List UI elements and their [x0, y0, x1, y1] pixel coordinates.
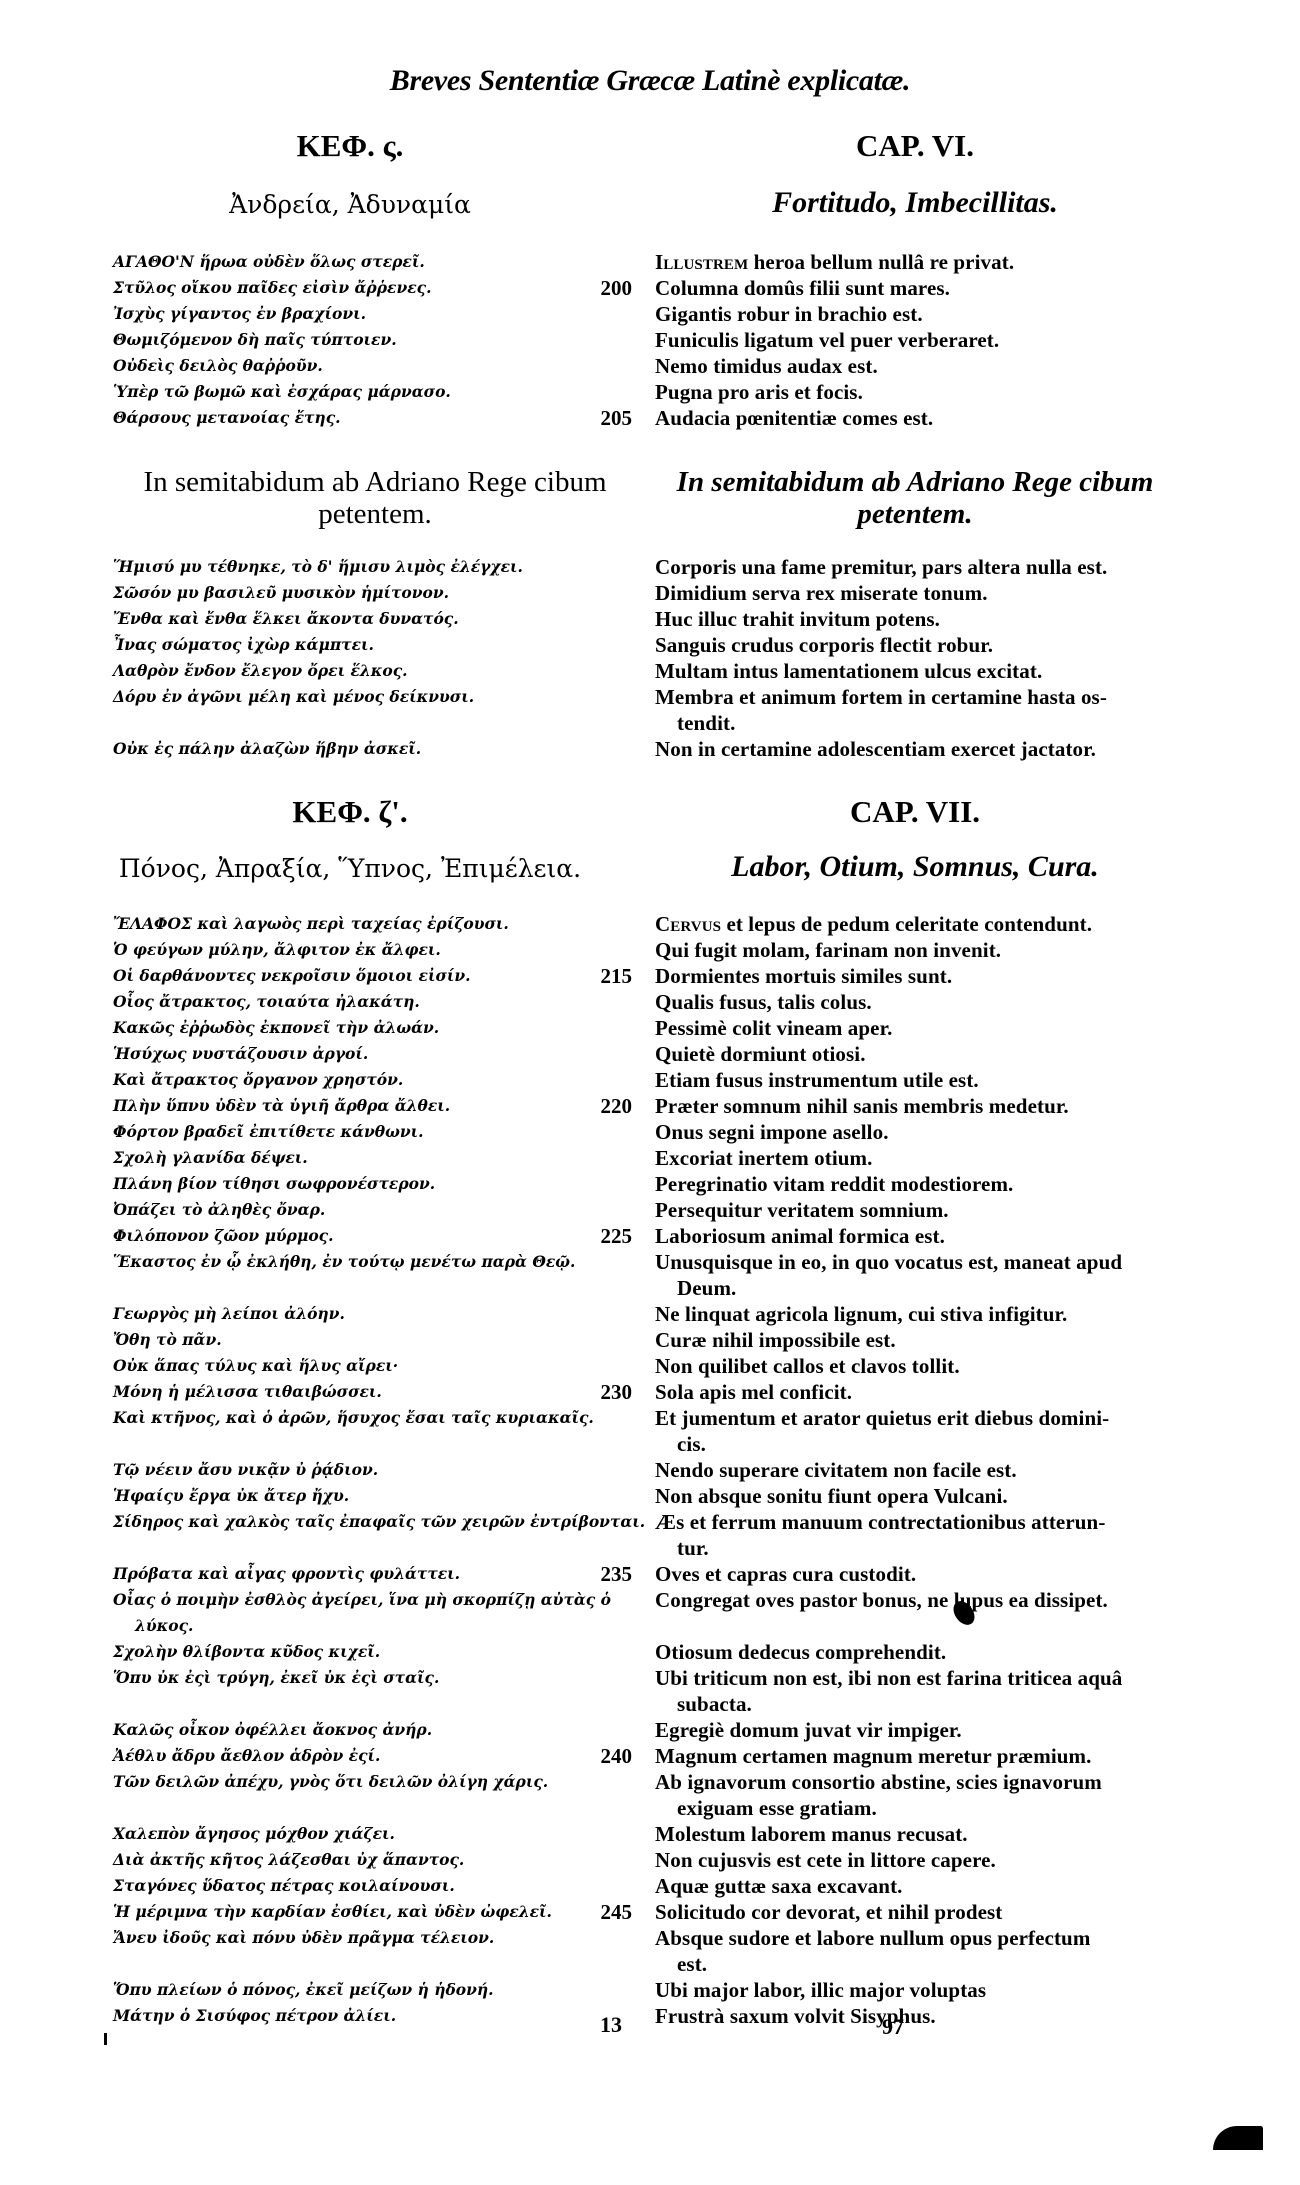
greek-text: Οὐκ ἐς πάλην ἀλαζὼν ἥβην ἀσκεῖ. [113, 736, 613, 762]
entry-row: Γεωργὸς μὴ λείποι ἀλόην. Ne linquat agri… [0, 1301, 1300, 1327]
latin-text: Persequitur veritatem somnium. [655, 1197, 1175, 1223]
chapter-6-greek-subtitle: Ἀνδρεία, Ἀδυναμία [110, 190, 590, 219]
greek-text: Μάτην ὁ Σισύφος πέτρον ἀλίει. [113, 2003, 613, 2029]
chapter-7-latin-heading: CAP. VII. [650, 794, 1180, 830]
latin-text: Unusquisque in eo, in quo vocatus est, m… [655, 1249, 1175, 1301]
section-heading-right: In semitabidum ab Adriano Rege cibum pet… [650, 466, 1180, 530]
latin-text: Otiosum dedecus comprehendit. [655, 1639, 1175, 1665]
greek-text: Θάρσους μετανοίας ἔτης. [113, 405, 613, 431]
greek-text: Διὰ ἀκτῆς κῆτος λάζεσθαι ὐχ ἅπαντος. [113, 1847, 613, 1873]
latin-text: Non in certamine adolescentiam exercet j… [655, 736, 1175, 762]
entry-row: Ἥμισύ μυ τέθνηκε, τὸ δ' ἥμισυ λιμὸς ἐλέγ… [0, 554, 1300, 580]
line-number: 245 [584, 1899, 632, 1925]
greek-text: Κακῶς ἐῤῥωδὸς ἐκπονεῖ τὴν ἀλωάν. [113, 1015, 613, 1041]
line-number: 220 [584, 1093, 632, 1119]
greek-text: Γεωργὸς μὴ λείποι ἀλόην. [113, 1301, 613, 1327]
greek-text: Οὐδεὶς δειλὸς θαῤῥοῦν. [113, 353, 613, 379]
latin-rest: heroa bellum nullâ re privat. [748, 250, 1014, 274]
greek-text: ἜΛΑΦΟΣ καὶ λαγωὸς περὶ ταχείας ἐρίζουσι. [113, 911, 613, 937]
latin-text: Curæ nihil impossibile est. [655, 1327, 1175, 1353]
entry-row: Οἶας ὁ ποιμὴν ἐσθλὸς ἀγείρει, ἵνα μὴ σκο… [0, 1587, 1300, 1639]
latin-line: Absque sudore et labore nullum opus perf… [655, 1926, 1090, 1950]
entry-row: Ἡ μέριμνα τὴν καρδίαν ἐσθίει, καὶ ὐδὲν ὠ… [0, 1899, 1300, 1925]
greek-text: Ὀπάζει τὸ ἀληθὲς ὄναρ. [113, 1197, 613, 1223]
greek-text: Ἀέθλυ ἄδρυ ἄεθλον ἁδρὸν ἐςί. [113, 1743, 613, 1769]
latin-line: Ab ignavorum consortio abstine, scies ig… [655, 1770, 1102, 1794]
latin-continuation: exiguam esse gratiam. [655, 1795, 1175, 1821]
latin-text: Nendo superare civitatem non facile est. [655, 1457, 1175, 1483]
entry-row: Ὑπὲρ τῶ βωμῶ καὶ ἐσχάρας μάρνασο. Pugna … [0, 379, 1300, 405]
greek-text: Πρόβατα καὶ αἶγας φροντὶς φυλάττει. [113, 1561, 613, 1587]
entry-row: Φόρτον βραδεῖ ἐπιτίθετε κάνθωνι. Onus se… [0, 1119, 1300, 1145]
greek-text: Ἡ μέριμνα τὴν καρδίαν ἐσθίει, καὶ ὐδὲν ὠ… [113, 1899, 613, 1925]
latin-text: Aquæ guttæ saxa excavant. [655, 1873, 1175, 1899]
latin-text: Multam intus lamentationem ulcus excitat… [655, 658, 1175, 684]
greek-text: Δόρυ ἐν ἀγῶνι μέλη καὶ μένος δείκνυσι. [113, 684, 613, 710]
entry-row: ΑΓΑΘΟ'Ν ἥρωα οὐδὲν ὅλως στερεῖ. Illustre… [0, 249, 1300, 275]
entry-row: Πλὴν ὕπνυ ὐδὲν τὰ ὑγιῆ ἄρθρα ἄλθει. 220 … [0, 1093, 1300, 1119]
latin-continuation: subacta. [655, 1691, 1175, 1717]
latin-continuation: tendit. [655, 710, 1175, 736]
greek-text: Σίδηρος καὶ χαλκὸς ταῖς ἐπαφαῖς τῶν χειρ… [113, 1509, 613, 1535]
greek-text: Φιλόπονον ζῶον μύρμος. [113, 1223, 613, 1249]
greek-text: Τῷ νέειν ἄσυ νικᾷν ὐ ῥᾴδιον. [113, 1457, 613, 1483]
latin-text: Ubi triticum non est, ibi non est farina… [655, 1665, 1175, 1717]
latin-text: Peregrinatio vitam reddit modestiorem. [655, 1171, 1175, 1197]
entry-row: Δόρυ ἐν ἀγῶνι μέλη καὶ μένος δείκνυσι. M… [0, 684, 1300, 736]
greek-text: Οὐκ ἅπας τύλυς καὶ ἥλυς αἴρει· [113, 1353, 613, 1379]
entry-row: Οὐκ ἅπας τύλυς καὶ ἥλυς αἴρει· Non quili… [0, 1353, 1300, 1379]
entry-row: Ὅπυ ὐκ ἐςὶ τρύγη, ἐκεῖ ὐκ ἐςὶ σταῖς. Ubi… [0, 1665, 1300, 1717]
greek-text: Ἡσύχως νυστάζουσιν ἀργοί. [113, 1041, 613, 1067]
greek-text: Ἕκαστος ἐν ᾧ ἐκλήθη, ἐν τούτῳ μενέτω παρ… [113, 1249, 613, 1275]
greek-text: Ὅπυ ὐκ ἐςὶ τρύγη, ἐκεῖ ὐκ ἐςὶ σταῖς. [113, 1665, 613, 1691]
latin-text: Huc illuc trahit invitum potens. [655, 606, 1175, 632]
greek-text: ΑΓΑΘΟ'Ν ἥρωα οὐδὲν ὅλως στερεῖ. [113, 249, 613, 275]
latin-text: Audacia pœnitentiæ comes est. [655, 405, 1175, 431]
latin-text: Sola apis mel conficit. [655, 1379, 1175, 1405]
running-title: Breves Sententiæ Græcæ Latinè explicatæ. [0, 64, 1300, 98]
latin-text: Ubi major labor, illic major voluptas [655, 1977, 1175, 2003]
ink-blot [1213, 2126, 1263, 2150]
chapter-6-latin-heading: CAP. VI. [650, 128, 1180, 164]
latin-text: Et jumentum et arator quietus erit diebu… [655, 1405, 1175, 1457]
entry-row: Χαλεπὸν ἄγησος μόχθον χιάζει. Molestum l… [0, 1821, 1300, 1847]
latin-text: Non cujusvis est cete in littore capere. [655, 1847, 1175, 1873]
greek-text: Ὄθη τὸ πᾶν. [113, 1327, 613, 1353]
greek-text: Ἄνευ ἰδοῦς καὶ πόνυ ὐδὲν πρᾶγμα τέλειον. [113, 1925, 613, 1951]
book-page: Breves Sententiæ Græcæ Latinè explicatæ.… [0, 0, 1300, 2185]
entry-row: Στῦλος οἴκου παῖδες εἰσὶν ἄῤῥενες. 200 C… [0, 275, 1300, 301]
entry-row: Σίδηρος καὶ χαλκὸς ταῖς ἐπαφαῖς τῶν χειρ… [0, 1509, 1300, 1561]
entry-row: Διὰ ἀκτῆς κῆτος λάζεσθαι ὐχ ἅπαντος. Non… [0, 1847, 1300, 1873]
latin-text: Ne linquat agricola lignum, cui stiva in… [655, 1301, 1175, 1327]
entry-row: Ἡσύχως νυστάζουσιν ἀργοί. Quietè dormiun… [0, 1041, 1300, 1067]
entry-row: Τῶν δειλῶν ἀπέχυ, γνὸς ὅτι δειλῶν ὀλίγη … [0, 1769, 1300, 1821]
entry-row: Πλάνη βίον τίθησι σωφρονέστερον. Peregri… [0, 1171, 1300, 1197]
latin-continuation: est. [655, 1951, 1175, 1977]
greek-text: Ἔνθα καὶ ἔνθα ἕλκει ἄκοντα δυνατός. [113, 606, 613, 632]
entry-row: Καὶ ἄτρακτος ὄργανον χρηστόν. Etiam fusu… [0, 1067, 1300, 1093]
greek-text: Τῶν δειλῶν ἀπέχυ, γνὸς ὅτι δειλῶν ὀλίγη … [113, 1769, 613, 1795]
latin-text: Egregiè domum juvat vir impiger. [655, 1717, 1175, 1743]
line-number: 240 [584, 1743, 632, 1769]
latin-text: Columna domûs filii sunt mares. [655, 275, 1175, 301]
line-number: 230 [584, 1379, 632, 1405]
greek-text: Ἡφαίςυ ἔργα ὐκ ἄτερ ἤχυ. [113, 1483, 613, 1509]
entry-row: Θάρσους μετανοίας ἔτης. 205 Audacia pœni… [0, 405, 1300, 431]
entry-row: Μόνη ἡ μέλισσα τιθαιβώσσει. 230 Sola api… [0, 1379, 1300, 1405]
chapter-7-greek-subtitle: Πόνος, Ἀπραξία, Ὕπνος, Ἐπιμέλεια. [110, 854, 590, 883]
greek-text: Πλάνη βίον τίθησι σωφρονέστερον. [113, 1171, 613, 1197]
page-number: 97 [882, 2014, 904, 2040]
greek-text: Ὑπὲρ τῶ βωμῶ καὶ ἐσχάρας μάρνασο. [113, 379, 613, 405]
latin-text: Dormientes mortuis similes sunt. [655, 963, 1175, 989]
entry-row: Οὐδεὶς δειλὸς θαῤῥοῦν. Nemo timidus auda… [0, 353, 1300, 379]
latin-line: Et jumentum et arator quietus erit diebu… [655, 1406, 1109, 1430]
entry-row: ἜΛΑΦΟΣ καὶ λαγωὸς περὶ ταχείας ἐρίζουσι.… [0, 911, 1300, 937]
latin-text: Qualis fusus, talis colus. [655, 989, 1175, 1015]
latin-text: Onus segni impone asello. [655, 1119, 1175, 1145]
latin-line: Unusquisque in eo, in quo vocatus est, m… [655, 1250, 1122, 1274]
latin-text: Magnum certamen magnum meretur præmium. [655, 1743, 1175, 1769]
entry-row: Ἄνευ ἰδοῦς καὶ πόνυ ὐδὲν πρᾶγμα τέλειον.… [0, 1925, 1300, 1977]
latin-text: Pessimè colit vineam aper. [655, 1015, 1175, 1041]
entry-row: Καὶ κτῆνος, καὶ ὁ ἀρῶν, ἥσυχος ἔσαι ταῖς… [0, 1405, 1300, 1457]
greek-text: Σῶσόν μυ βασιλεῦ μυσικὸν ἡμίτονον. [113, 580, 613, 606]
greek-text: Λαθρὸν ἔνδον ἔλεγον ὄρει ἕλκος. [113, 658, 613, 684]
line-number: 205 [584, 405, 632, 431]
entry-row: Σχολὴν θλίβοντα κῦδος κιχεῖ. Otiosum ded… [0, 1639, 1300, 1665]
entry-row: Πρόβατα καὶ αἶγας φροντὶς φυλάττει. 235 … [0, 1561, 1300, 1587]
latin-lead-word: Cervus [655, 912, 721, 936]
greek-text: Οἱ δαρθάνοντες νεκροῖσιν ὅμοιοι εἰσίν. [113, 963, 613, 989]
entry-row: Οἱ δαρθάνοντες νεκροῖσιν ὅμοιοι εἰσίν. 2… [0, 963, 1300, 989]
latin-text: Corporis una fame premitur, pars altera … [655, 554, 1175, 580]
greek-text: Ὁ φεύγων μύλην, ἄλφιτον ἐκ ἄλφει. [113, 937, 613, 963]
latin-text: Præter somnum nihil sanis membris medetu… [655, 1093, 1175, 1119]
latin-continuation: tur. [655, 1535, 1175, 1561]
entry-row: Ἶνας σώματος ἰχὼρ κάμπτει. Sanguis crudu… [0, 632, 1300, 658]
entry-row: Ὄθη τὸ πᾶν. Curæ nihil impossibile est. [0, 1327, 1300, 1353]
latin-line: Æs et ferrum manuum contrectationibus at… [655, 1510, 1105, 1534]
greek-text: Φόρτον βραδεῖ ἐπιτίθετε κάνθωνι. [113, 1119, 613, 1145]
chapter-6-latin-subtitle: Fortitudo, Imbecillitas. [650, 186, 1180, 220]
chapter-6-entries: ΑΓΑΘΟ'Ν ἥρωα οὐδὲν ὅλως στερεῖ. Illustre… [0, 249, 1300, 431]
latin-text: Cervus et lepus de pedum celeritate cont… [655, 911, 1175, 937]
entry-row: Μάτην ὁ Σισύφος πέτρον ἀλίει. Frustrà sa… [0, 2003, 1300, 2029]
latin-text: Absque sudore et labore nullum opus perf… [655, 1925, 1175, 1977]
greek-text: Καὶ κτῆνος, καὶ ὁ ἀρῶν, ἥσυχος ἔσαι ταῖς… [113, 1405, 613, 1431]
entry-row: Ἕκαστος ἐν ᾧ ἐκλήθη, ἐν τούτῳ μενέτω παρ… [0, 1249, 1300, 1301]
entry-row: Λαθρὸν ἔνδον ἔλεγον ὄρει ἕλκος. Multam i… [0, 658, 1300, 684]
latin-text: Congregat oves pastor bonus, ne lupus ea… [655, 1587, 1175, 1613]
line-number: 215 [584, 963, 632, 989]
latin-text: Frustrà saxum volvit Sisyphus. [655, 2003, 1175, 2029]
entry-row: Σταγόνες ὕδατος πέτρας κοιλαίνουσι. Aquæ… [0, 1873, 1300, 1899]
entry-row: Καλῶς οἶκον ὀφέλλει ἄοκνος ἀνήρ. Egregiè… [0, 1717, 1300, 1743]
entry-row: Ἰσχὺς γίγαντος ἐν βραχίονι. Gigantis rob… [0, 301, 1300, 327]
entry-row: Ὁ φεύγων μύλην, ἄλφιτον ἐκ ἄλφει. Qui fu… [0, 937, 1300, 963]
greek-text: Χαλεπὸν ἄγησος μόχθον χιάζει. [113, 1821, 613, 1847]
greek-text: Οἶας ὁ ποιμὴν ἐσθλὸς ἀγείρει, ἵνα μὴ σκο… [113, 1587, 613, 1639]
greek-text: Ἥμισύ μυ τέθνηκε, τὸ δ' ἥμισυ λιμὸς ἐλέγ… [113, 554, 613, 580]
latin-text: Excoriat inertem otium. [655, 1145, 1175, 1171]
latin-text: Nemo timidus audax est. [655, 353, 1175, 379]
greek-text: Σταγόνες ὕδατος πέτρας κοιλαίνουσι. [113, 1873, 613, 1899]
greek-text: Ἶνας σώματος ἰχὼρ κάμπτει. [113, 632, 613, 658]
latin-lead-word: Illustrem [655, 250, 748, 274]
signature-mark: 13 [600, 2012, 622, 2038]
latin-text: Solicitudo cor devorat, et nihil prodest [655, 1899, 1175, 1925]
latin-rest: et lepus de pedum celeritate contendunt. [721, 912, 1092, 936]
line-number: 235 [584, 1561, 632, 1587]
latin-continuation: Deum. [655, 1275, 1175, 1301]
speck-mark [104, 2033, 107, 2045]
line-number: 200 [584, 275, 632, 301]
latin-line: Membra et animum fortem in certamine has… [655, 685, 1107, 709]
greek-continuation: λύκος. [113, 1613, 613, 1639]
entry-row: Ὀπάζει τὸ ἀληθὲς ὄναρ. Persequitur verit… [0, 1197, 1300, 1223]
chapter-7-latin-subtitle: Labor, Otium, Somnus, Cura. [650, 850, 1180, 884]
entry-row: Ἡφαίςυ ἔργα ὐκ ἄτερ ἤχυ. Non absque soni… [0, 1483, 1300, 1509]
greek-text: Σχολὴ γλανίδα δέψει. [113, 1145, 613, 1171]
latin-text: Laboriosum animal formica est. [655, 1223, 1175, 1249]
latin-text: Ab ignavorum consortio abstine, scies ig… [655, 1769, 1175, 1821]
latin-continuation: cis. [655, 1431, 1175, 1457]
chapter-6-greek-heading: ΚΕΦ. ς. [110, 128, 590, 164]
entry-row: Ἔνθα καὶ ἔνθα ἕλκει ἄκοντα δυνατός. Huc … [0, 606, 1300, 632]
greek-text: Καὶ ἄτρακτος ὄργανον χρηστόν. [113, 1067, 613, 1093]
latin-text: Non absque sonitu fiunt opera Vulcani. [655, 1483, 1175, 1509]
greek-text: Στῦλος οἴκου παῖδες εἰσὶν ἄῤῥενες. [113, 275, 613, 301]
greek-text: Θωμιζόμενον δὴ παῖς τύπτοιεν. [113, 327, 613, 353]
greek-text: Ἰσχὺς γίγαντος ἐν βραχίονι. [113, 301, 613, 327]
entry-row: Κακῶς ἐῤῥωδὸς ἐκπονεῖ τὴν ἀλωάν. Pessimè… [0, 1015, 1300, 1041]
line-number: 225 [584, 1223, 632, 1249]
latin-text: Gigantis robur in brachio est. [655, 301, 1175, 327]
greek-text: Ὅπυ πλείων ὁ πόνος, ἐκεῖ μείζων ἡ ἡδονή. [113, 1977, 613, 2003]
latin-text: Etiam fusus instrumentum utile est. [655, 1067, 1175, 1093]
entry-row: Οὐκ ἐς πάλην ἀλαζὼν ἥβην ἀσκεῖ. Non in c… [0, 736, 1300, 762]
greek-text: Οἷος ἄτρακτος, τοιαύτα ἠλακάτη. [113, 989, 613, 1015]
section-heading-left: In semitabidum ab Adriano Rege cibum pet… [110, 466, 640, 530]
entry-row: Οἷος ἄτρακτος, τοιαύτα ἠλακάτη. Qualis f… [0, 989, 1300, 1015]
entry-row: Τῷ νέειν ἄσυ νικᾷν ὐ ῥᾴδιον. Nendo super… [0, 1457, 1300, 1483]
latin-text: Funiculis ligatum vel puer verberaret. [655, 327, 1175, 353]
entry-row: Ὅπυ πλείων ὁ πόνος, ἐκεῖ μείζων ἡ ἡδονή.… [0, 1977, 1300, 2003]
chapter-7-entries: ἜΛΑΦΟΣ καὶ λαγωὸς περὶ ταχείας ἐρίζουσι.… [0, 911, 1300, 2029]
latin-text: Pugna pro aris et focis. [655, 379, 1175, 405]
chapter-7-greek-heading: ΚΕΦ. ζ'. [110, 794, 590, 830]
latin-text: Molestum laborem manus recusat. [655, 1821, 1175, 1847]
latin-text: Illustrem heroa bellum nullâ re privat. [655, 249, 1175, 275]
entry-row: Ἀέθλυ ἄδρυ ἄεθλον ἁδρὸν ἐςί. 240 Magnum … [0, 1743, 1300, 1769]
latin-text: Qui fugit molam, farinam non invenit. [655, 937, 1175, 963]
latin-text: Oves et capras cura custodit. [655, 1561, 1175, 1587]
entry-row: Σχολὴ γλανίδα δέψει. Excoriat inertem ot… [0, 1145, 1300, 1171]
latin-text: Quietè dormiunt otiosi. [655, 1041, 1175, 1067]
latin-text: Non quilibet callos et clavos tollit. [655, 1353, 1175, 1379]
latin-text: Membra et animum fortem in certamine has… [655, 684, 1175, 736]
greek-line: Οἶας ὁ ποιμὴν ἐσθλὸς ἀγείρει, ἵνα μὴ σκο… [113, 1590, 611, 1609]
latin-text: Sanguis crudus corporis flectit robur. [655, 632, 1175, 658]
greek-text: Πλὴν ὕπνυ ὐδὲν τὰ ὑγιῆ ἄρθρα ἄλθει. [113, 1093, 613, 1119]
section-entries: Ἥμισύ μυ τέθνηκε, τὸ δ' ἥμισυ λιμὸς ἐλέγ… [0, 554, 1300, 762]
entry-row: Φιλόπονον ζῶον μύρμος. 225 Laboriosum an… [0, 1223, 1300, 1249]
latin-text: Æs et ferrum manuum contrectationibus at… [655, 1509, 1175, 1561]
latin-text: Dimidium serva rex miserate tonum. [655, 580, 1175, 606]
greek-text: Σχολὴν θλίβοντα κῦδος κιχεῖ. [113, 1639, 613, 1665]
entry-row: Θωμιζόμενον δὴ παῖς τύπτοιεν. Funiculis … [0, 327, 1300, 353]
greek-text: Μόνη ἡ μέλισσα τιθαιβώσσει. [113, 1379, 613, 1405]
latin-line: Ubi triticum non est, ibi non est farina… [655, 1666, 1122, 1690]
greek-text: Καλῶς οἶκον ὀφέλλει ἄοκνος ἀνήρ. [113, 1717, 613, 1743]
entry-row: Σῶσόν μυ βασιλεῦ μυσικὸν ἡμίτονον. Dimid… [0, 580, 1300, 606]
